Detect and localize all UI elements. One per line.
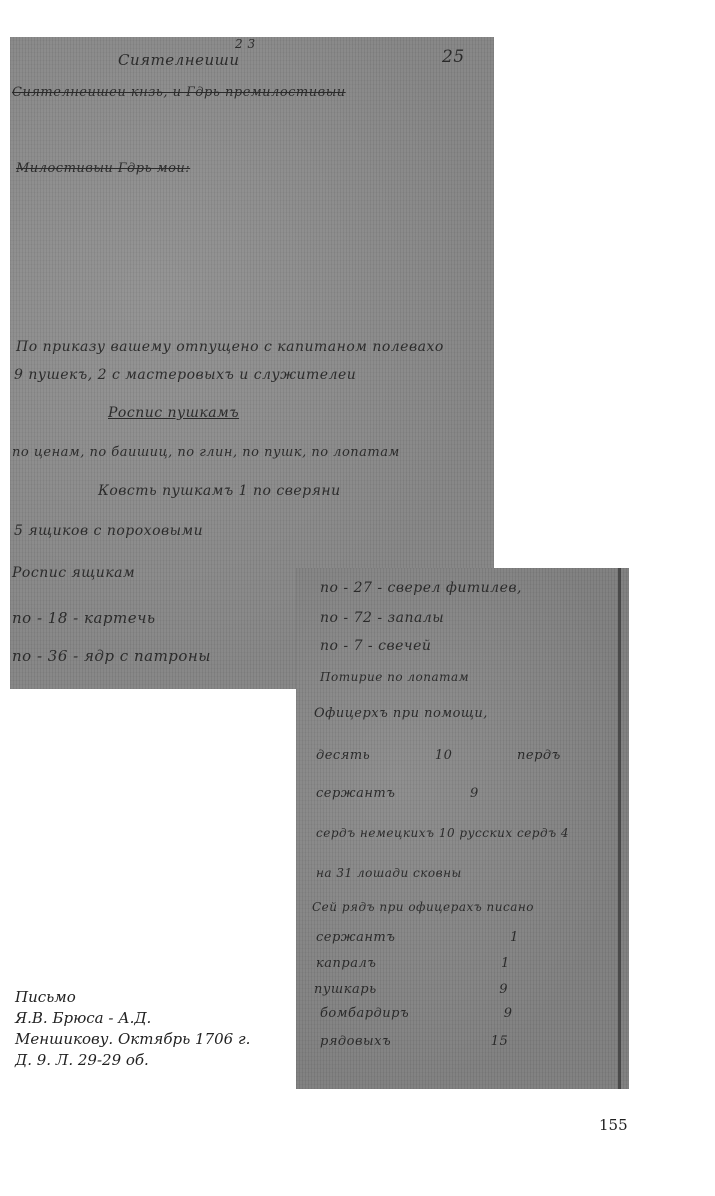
scan-edge-shadow bbox=[618, 568, 621, 1089]
manuscript-line: сержантъ 1 bbox=[316, 930, 519, 945]
manuscript-line: по - 36 - ядр с патроны bbox=[12, 647, 211, 665]
caption-line: Д. 9. Л. 29-29 об. bbox=[15, 1050, 285, 1071]
page-number: 155 bbox=[599, 1116, 628, 1134]
manuscript-line: капралъ 1 bbox=[316, 956, 510, 971]
caption-line: Меншикову. Октябрь 1706 г. bbox=[15, 1029, 285, 1050]
manuscript-line: по - 72 - запалы bbox=[320, 610, 444, 626]
manuscript-line: по - 18 - картечь bbox=[12, 609, 156, 627]
manuscript-line: по - 27 - сверел фитилев, bbox=[320, 580, 522, 596]
manuscript-line: 9 пушекъ, 2 с мастеровыхъ и служителеи bbox=[14, 367, 356, 383]
manuscript-line: десять 10 пердъ bbox=[316, 748, 561, 763]
manuscript-line: Сей рядъ при офицерахъ писано bbox=[312, 900, 534, 914]
manuscript-line: сержантъ 9 bbox=[316, 786, 479, 801]
manuscript-marginalia: 2 3 bbox=[235, 37, 256, 51]
caption-line: Я.В. Брюса - А.Д. bbox=[15, 1008, 285, 1029]
manuscript-line: По приказу вашему отпущено с капитаном п… bbox=[16, 339, 444, 355]
manuscript-line: Сиятелнеиши bbox=[118, 51, 240, 69]
manuscript-line: Роспис ящикам bbox=[12, 565, 135, 581]
manuscript-scan-page-2: по - 27 - сверел фитилев, по - 72 - запа… bbox=[296, 568, 629, 1089]
manuscript-line: Милостивыи Гдрь мои: bbox=[16, 161, 190, 176]
manuscript-line: Ковсть пушкамъ 1 по сверяни bbox=[98, 483, 341, 499]
manuscript-line: по - 7 - свечей bbox=[320, 638, 431, 654]
manuscript-line: Сиятелнеишеи кнзь, и Гдрь премилостивыи bbox=[12, 85, 346, 100]
figure-caption: Письмо Я.В. Брюса - А.Д. Меншикову. Октя… bbox=[15, 987, 285, 1071]
manuscript-line: пушкарь 9 bbox=[314, 982, 508, 997]
manuscript-line: Роспис пушкамъ bbox=[108, 405, 239, 421]
manuscript-line: Офицерхъ при помощи, bbox=[314, 706, 488, 721]
manuscript-line: рядовыхъ 15 bbox=[320, 1034, 508, 1049]
caption-line: Письмо bbox=[15, 987, 285, 1008]
manuscript-line: на 31 лошади сковны bbox=[316, 866, 462, 880]
manuscript-line: Потирие по лопатам bbox=[320, 670, 469, 684]
manuscript-line: бомбардиръ 9 bbox=[320, 1006, 513, 1021]
manuscript-line: по ценам, по баишиц, по глин, по пушк, п… bbox=[12, 445, 400, 460]
manuscript-line: сердъ немецкихъ 10 русских сердъ 4 bbox=[316, 826, 569, 840]
manuscript-line: 5 ящиков с пороховыми bbox=[14, 523, 203, 539]
manuscript-marginalia: 25 bbox=[442, 47, 465, 67]
